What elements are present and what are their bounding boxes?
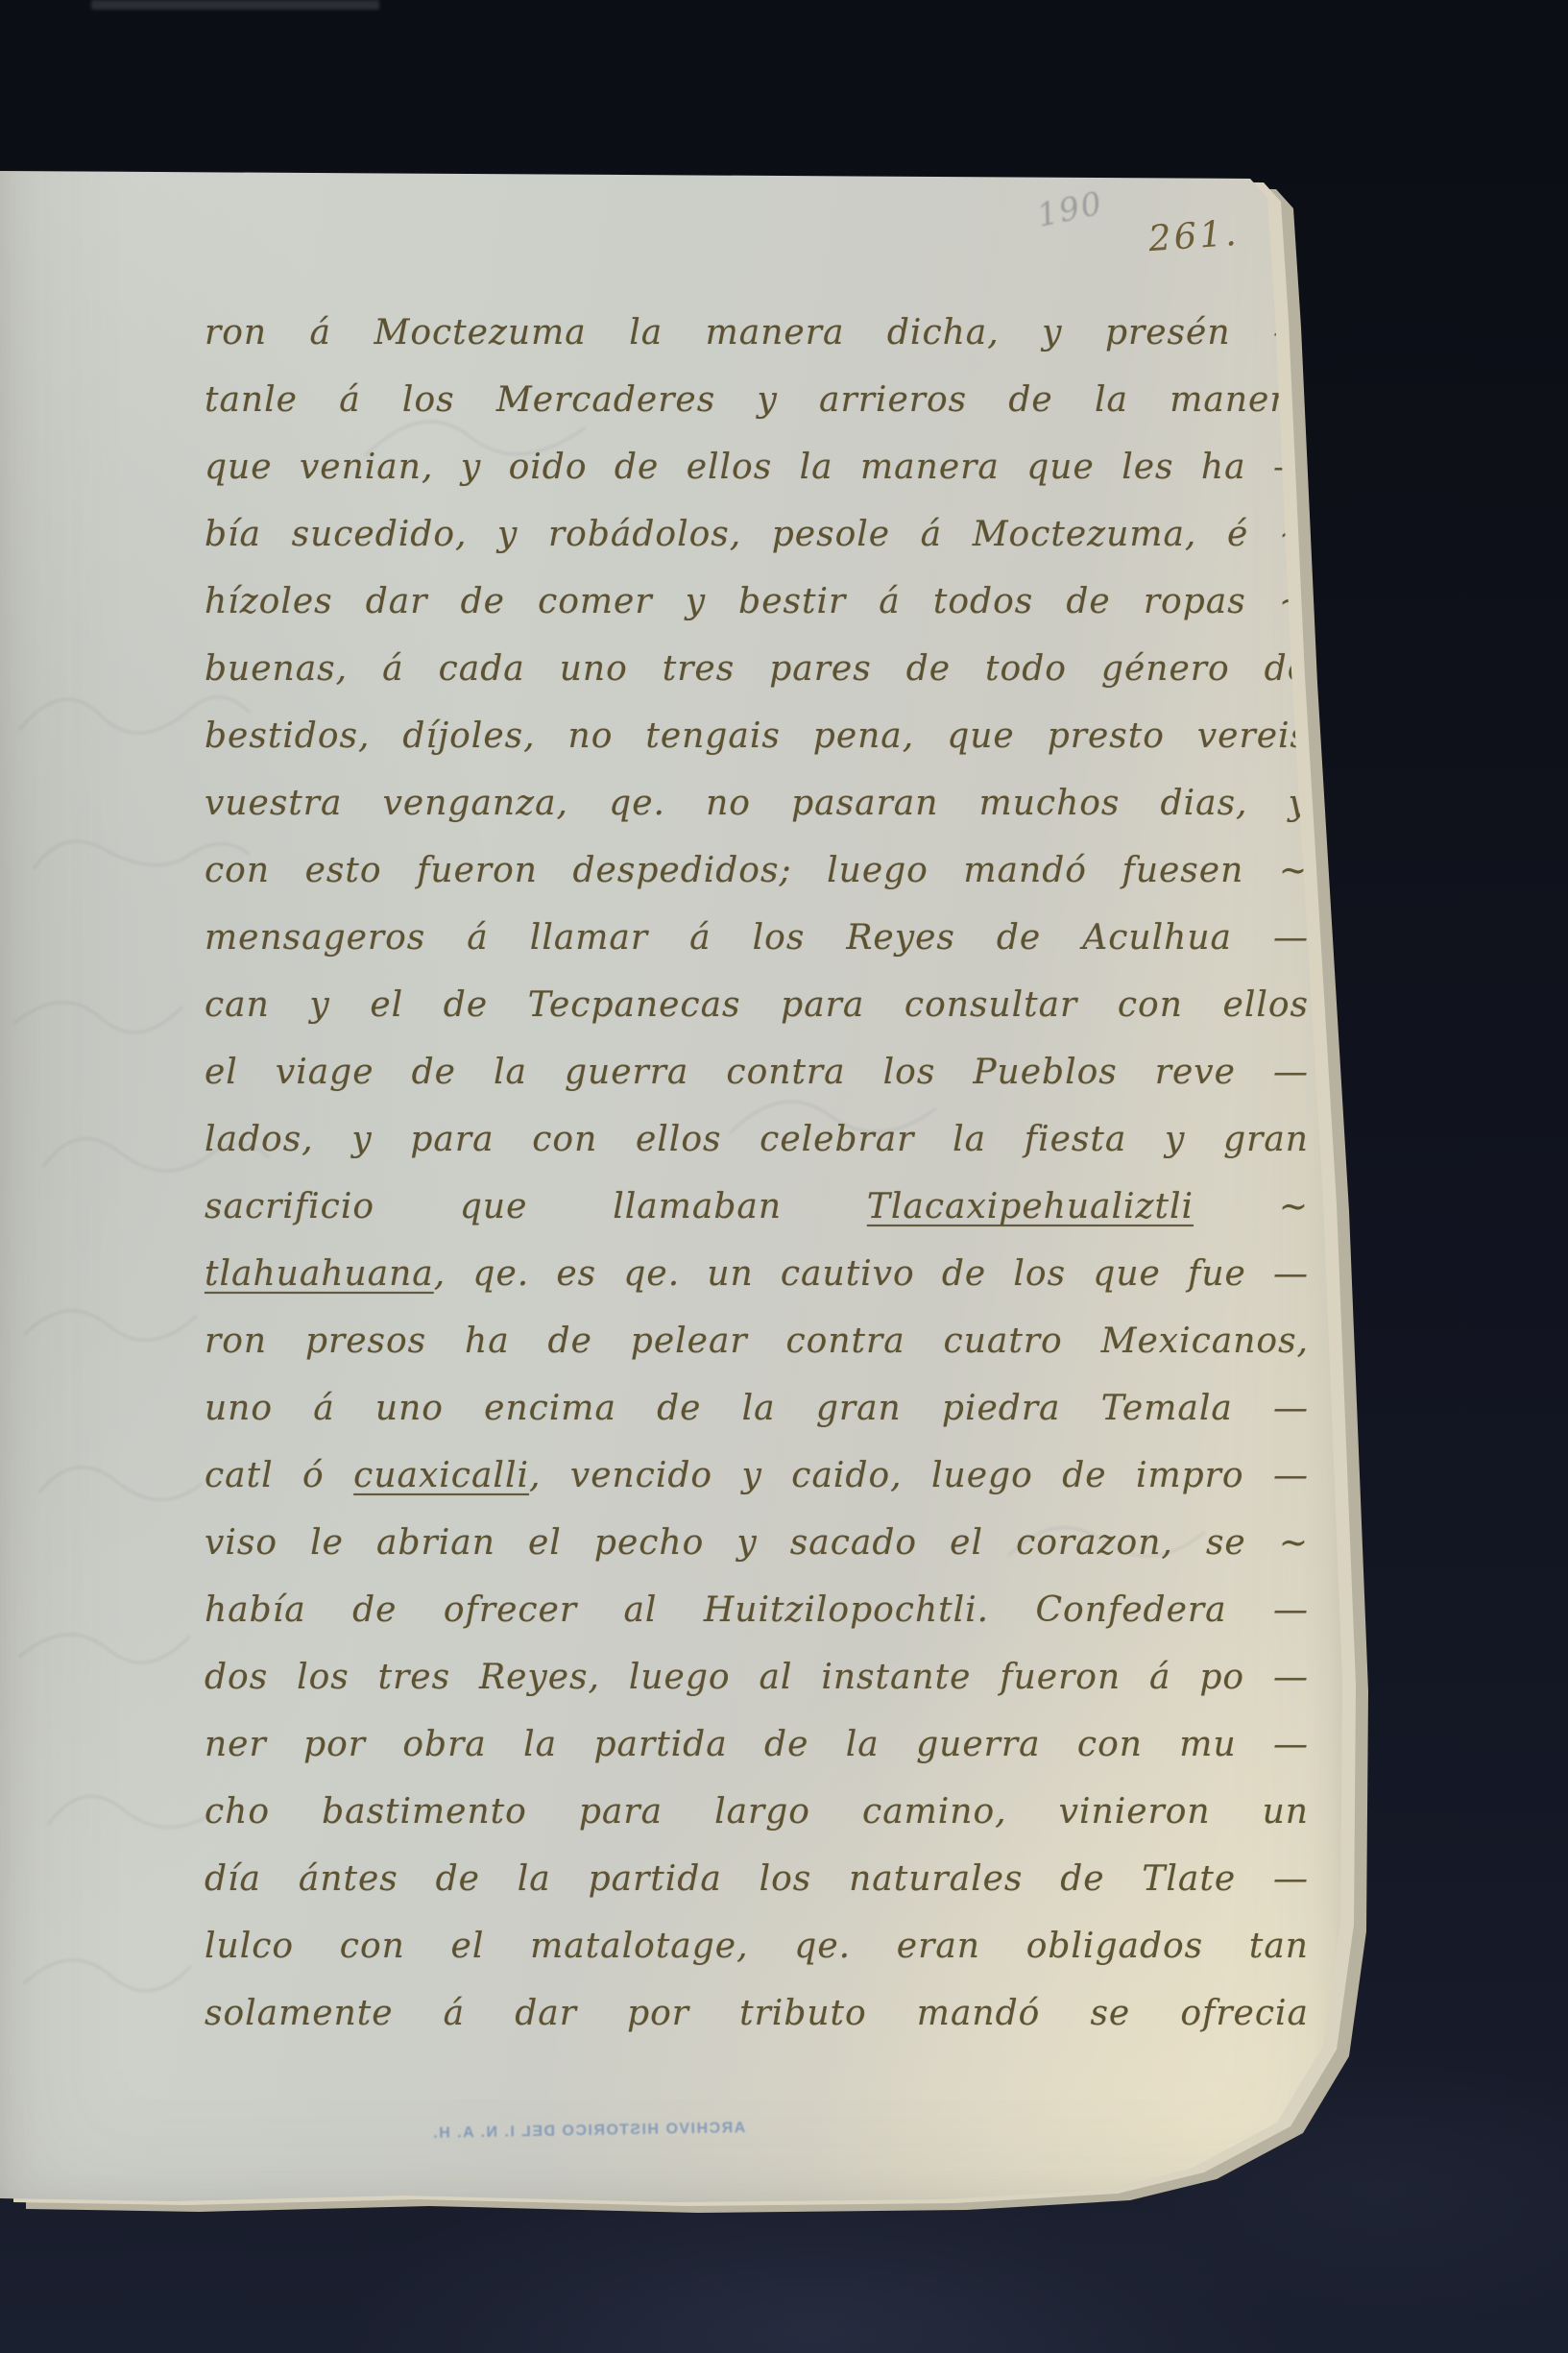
manuscript-line: solamente á dar por tributo mandó se ofr… [205,1980,1309,2048]
manuscript-line: viso le abrian el pecho y sacado el cora… [205,1510,1309,1577]
manuscript-line: buenas, á cada uno tres pares de todo gé… [205,636,1309,703]
manuscript-text: ron á Moctezuma la manera dicha, y presé… [205,300,1309,2048]
manuscript-line: can y el de Tecpanecas para consultar co… [205,972,1309,1039]
manuscript-page: 190 261. ron á Moctezuma la manera dicha… [0,0,1354,2219]
manuscript-line: con esto fueron despedidos; luego mandó … [205,837,1309,905]
manuscript-line: lados, y para con ellos celebrar la fies… [205,1106,1309,1174]
manuscript-line: había de ofrecer al Huitzilopochtli. Con… [205,1577,1309,1644]
manuscript-line: mensageros á llamar á los Reyes de Aculh… [205,905,1309,972]
page-number: 261. [1147,212,1241,259]
manuscript-line: día ántes de la partida los naturales de… [205,1846,1309,1913]
manuscript-line: hízoles dar de comer y bestir á todos de… [205,569,1309,636]
manuscript-line: ner por obra la partida de la guerra con… [205,1711,1309,1779]
manuscript-line: tlahuahuana, qe. es qe. un cautivo de lo… [205,1241,1309,1308]
manuscript-line: dos los tres Reyes, luego al instante fu… [205,1644,1309,1711]
manuscript-line: el viage de la guerra contra los Pueblos… [205,1039,1309,1106]
manuscript-line: ron presos ha de pelear contra cuatro Me… [205,1308,1309,1375]
manuscript-line: vuestra venganza, qe. no pasaran muchos … [205,770,1309,837]
manuscript-line: tanle á los Mercaderes y arrieros de la … [205,367,1309,434]
manuscript-line: sacrificio que llamaban Tlacaxipehualizt… [205,1174,1309,1241]
manuscript-line: bía sucedido, y robádolos, pesole á Moct… [205,501,1309,569]
binding-texture-strip [91,0,379,10]
manuscript-line: cho bastimento para largo camino, vinier… [205,1779,1309,1846]
manuscript-line: catl ó cuaxicalli, vencido y caido, lueg… [205,1443,1309,1510]
archive-stamp: ARCHIVO HISTORICO DEL I. N. A. H. [425,2112,753,2150]
manuscript-line: lulco con el matalotage, qe. eran obliga… [205,1913,1309,1980]
manuscript-line: uno á uno encima de la gran piedra Temal… [205,1375,1309,1443]
manuscript-line: que venian, y oido de ellos la manera qu… [205,434,1309,501]
manuscript-line: ron á Moctezuma la manera dicha, y presé… [205,300,1309,367]
manuscript-line: bestidos, díjoles, no tengais pena, que … [205,703,1309,770]
archive-photograph: { "document": { "folio_number": "261.", … [0,0,1568,2353]
